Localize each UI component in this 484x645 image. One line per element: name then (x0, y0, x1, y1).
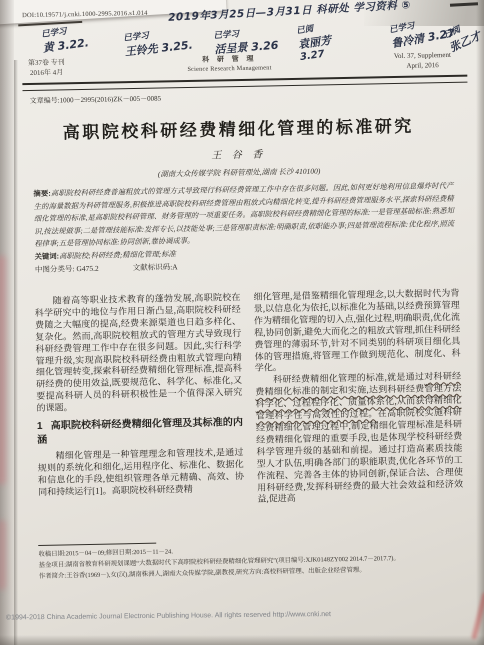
handwritten-signature: 已学习 活呈景 3.26 (213, 25, 279, 57)
signature-date: 3.25. (161, 38, 194, 54)
date-en-line: April, 2016 (394, 60, 451, 71)
signature-name: 活呈景 (214, 41, 248, 56)
abstract: 摘要:高职院校科研经费普遍粗放式的管理方式导致现行科研经费管理工作中存在很多问题… (33, 180, 454, 251)
abstract-label: 摘要: (33, 189, 50, 198)
section-1-heading: 1高职院校科研经费精细化管理及其标准的内涵 (37, 416, 243, 447)
front-matter: 摘要:高职院校科研经费普遍粗放式的管理方式导致现行科研经费管理工作中存在很多问题… (33, 180, 455, 276)
signature-name: 黄 (42, 40, 55, 54)
journal-volume-cn: 第37卷 专刊 2016年 4月 (28, 57, 65, 78)
article-number: 文章编号:1000－2995(2016)ZK－005－0085 (30, 94, 162, 107)
scanned-journal-page: DOI:10.19571/j.cnki.1000-2995.2016.s1.01… (0, 0, 484, 645)
author-affiliation: (湖南大众传媒学院 科研管理处,湖南 长沙 410100) (0, 162, 481, 182)
handwritten-signature: 已阅 袁丽芳 3.27 (295, 20, 333, 63)
body-paragraph: 精细化管理是一种管理理念和管理技术,是通过规则的系统化和细化,运用程序化、标准化… (37, 447, 244, 499)
section-1-number: 1 (37, 421, 43, 432)
date-cn-line: 2016年 4月 (28, 67, 65, 78)
journal-name-en: Science Research Management (187, 63, 271, 75)
paragraph-segment: 在高职院校实施科研经费精细化管理过程中,制定精细化管理标准是科研经费精细化管理的… (256, 407, 463, 504)
volume-en-line: Vol. 37, Supplement (394, 50, 451, 61)
right-column: 细化管理,是借鉴精细化管理理念,以大数据时代为背景,以信息化为依托,以标准化为基… (253, 288, 464, 542)
body-paragraph: 随着高等职业技术教育的蓬勃发展,高职院校在科学研究中的地位与作用日渐凸显,高职院… (34, 292, 242, 415)
doi-line: DOI:10.19571/j.cnki.1000-2995.2016.s1.01… (22, 10, 148, 19)
abstract-text: 高职院校科研经费普遍粗放式的管理方式导致现行科研经费管理工作中存在很多问题。因此… (34, 181, 455, 248)
clc-number: 中图分类号: G475.2 (35, 263, 99, 273)
signature-date: 3.22. (57, 36, 90, 53)
journal-volume-en: Vol. 37, Supplement April, 2016 (394, 50, 451, 71)
footnotes: 收稿日期:2015－04－09;修回日期:2015－11－24. 基金项目:湖南… (38, 542, 469, 583)
body-paragraph: 科研经费精细化管理的标准,就是通过对科研经费精细化标准的制定和实施,达到科研经费… (255, 371, 463, 506)
article-title: 高职院校科研经费精细化管理的标准研究 (0, 111, 480, 145)
handwritten-signature: 已学习 黄 3.22. (40, 22, 89, 55)
left-column: 随着高等职业技术教育的蓬勃发展,高职院校在科学研究中的地位与作用日渐凸显,高职院… (34, 292, 245, 546)
keywords-label: 关键词: (35, 251, 59, 260)
journal-name-block: 科 研 管 理 Science Research Management (187, 53, 271, 75)
body-paragraph: 细化管理,是借鉴精细化管理理念,以大数据时代为背景,以信息化为依托,以标准化为基… (253, 288, 461, 375)
body-columns: 随着高等职业技术教育的蓬勃发展,高职院校在科学研究中的地位与作用日渐凸显,高职院… (34, 288, 464, 546)
document-code: 文献标识码:A (133, 262, 178, 272)
section-1-title: 高职院校科研经费精细化管理及其标准的内涵 (37, 417, 243, 445)
header-double-rule (22, 75, 467, 92)
paragraph-segment: 科研经费精细化管理的标准,就是通过 (273, 372, 424, 385)
author-name: 王 谷 香 (0, 141, 481, 165)
keywords-text: 高职院校;科研经费;精细化管理;标准 (59, 249, 176, 260)
signature-date: 3.26 (251, 39, 279, 54)
signature-name: 王铃先 (124, 42, 158, 58)
printed-page-content: DOI:10.19571/j.cnki.1000-2995.2016.s1.01… (0, 0, 484, 645)
